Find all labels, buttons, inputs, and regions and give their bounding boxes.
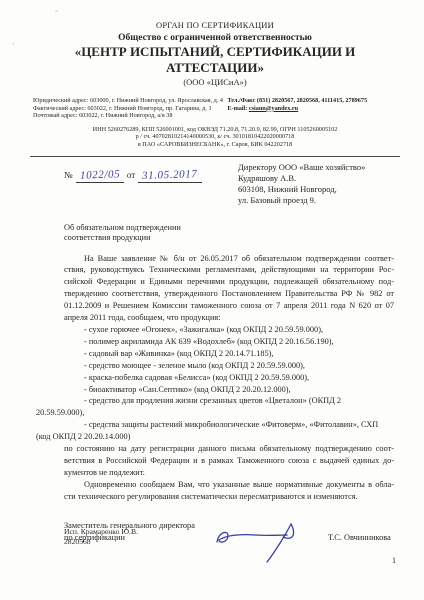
recipient-block: Директору ООО «Ваше хозяйство» Кудряшову… bbox=[238, 162, 394, 214]
bank-name-line: в ПАО «САРОВБИЗНЕСБАНК», г. Саров, БИК 0… bbox=[36, 141, 394, 149]
scan-artifact: ≡ bbox=[55, 9, 58, 15]
postal-address: Почтовый адрес: 603022, г. Нижний Новгор… bbox=[33, 112, 227, 120]
inn-kpp-line: ИНН 5260276289, КПП 526001001, код ОКВЭД… bbox=[36, 126, 394, 134]
company-short-name: (ООО «ЦИСиА») bbox=[36, 77, 394, 87]
product-item: - краска-побелка садовая «Белисса» (код … bbox=[84, 372, 394, 384]
company-name-line2: АТТЕСТАЦИИ» bbox=[36, 60, 394, 76]
header-divider bbox=[30, 156, 400, 157]
ref-date-field: 31.05.2017 bbox=[138, 169, 202, 183]
ref-number-handwritten: 1022/05 bbox=[79, 168, 120, 181]
executor-phone: 2820568 bbox=[64, 537, 138, 547]
company-name-line1: «ЦЕНТР ИСПЫТАНИЙ, СЕРТИФИКАЦИИ И bbox=[36, 44, 394, 60]
body-line: по состоянию на дату регистрации данного… bbox=[64, 443, 394, 455]
llc-line: Общество с ограниченной ответственностью bbox=[36, 33, 394, 43]
recipient-position: Директору ООО «Ваше хозяйство» bbox=[238, 162, 394, 173]
outgoing-ref-line: №1022/05от31.05.2017 bbox=[64, 169, 205, 214]
recipient-street: ул. Базовый проезд 9. bbox=[238, 195, 394, 206]
contact-block: Тел./Факс (831) 2820567, 2820568, 411141… bbox=[227, 97, 394, 120]
product-item-continuation: 20.59.59.000), bbox=[36, 407, 394, 419]
org-type-line: ОРГАН ПО СЕРТИФИКАЦИИ bbox=[36, 20, 394, 30]
body-line: 01.12.2009 и Решением Комиссии таможенно… bbox=[64, 300, 394, 312]
executor-block: Исп. Крамаренко Ю.В. 2820568 bbox=[64, 527, 138, 546]
email-line: E-mail: csiann@yandex.ru bbox=[227, 105, 394, 113]
product-item: - средства защиты растений микробиологич… bbox=[84, 419, 394, 431]
email-label: E-mail: bbox=[227, 105, 247, 112]
executor-name: Исп. Крамаренко Ю.В. bbox=[64, 527, 138, 537]
body-line: тверждению соответствия, утвержденного П… bbox=[64, 288, 394, 300]
body-line: сийской Федерации и Едиными перечнями пр… bbox=[64, 276, 394, 288]
letterhead-contacts: Юридический адрес: 603000, г. Нижний Нов… bbox=[36, 97, 394, 120]
body-line: апреля 2011 года, сообщаем, что продукци… bbox=[64, 312, 394, 324]
body-paragraph-1: На Ваше заявление № б/н от 26.05.2017 об… bbox=[64, 253, 394, 324]
signer-name: Т.С. Овчинникова bbox=[328, 532, 391, 544]
email-address: csiann@yandex.ru bbox=[249, 105, 298, 112]
product-item: - сухое горючее «Огонек», «Зажигалка» (к… bbox=[84, 324, 394, 336]
handwritten-signature-icon bbox=[209, 518, 319, 568]
body-paragraph-2: по состоянию на дату регистрации данного… bbox=[64, 443, 394, 503]
product-item: - садовый вар «Живинка» (код ОКПД 2 20.1… bbox=[84, 348, 394, 360]
address-block: Юридический адрес: 603000, г. Нижний Нов… bbox=[33, 97, 227, 120]
product-item: - средство моющее - зеленое мыло (код ОК… bbox=[84, 360, 394, 372]
ref-no-label: № bbox=[64, 170, 73, 180]
body-line: сти технического регулирования системати… bbox=[64, 491, 394, 503]
product-item: - биоактиватор «Сан.Септико» (код ОКПД 2… bbox=[84, 384, 394, 396]
page-number: 1 bbox=[392, 556, 396, 565]
subject-line1: Об обязательном подтверждении bbox=[64, 223, 394, 234]
body-line: На Ваше заявление № б/н от 26.05.2017 об… bbox=[64, 253, 394, 265]
ref-ot-label: от bbox=[127, 170, 135, 180]
ref-number-field: 1022/05 bbox=[76, 169, 124, 183]
scan-artifact: + bbox=[12, 42, 15, 48]
actual-address: Фактический адрес: 603022, г. Нижний Нов… bbox=[33, 105, 227, 113]
subject-line2: соответствия продукции bbox=[64, 233, 394, 244]
phone-fax-line: Тел./Факс (831) 2820567, 2820568, 411141… bbox=[227, 97, 394, 105]
recipient-city: 603108, Нижний Новгород, bbox=[238, 184, 394, 195]
body-line: ствия, руководствуясь Техническими регла… bbox=[64, 264, 394, 276]
company-name: «ЦЕНТР ИСПЫТАНИЙ, СЕРТИФИКАЦИИ И АТТЕСТА… bbox=[36, 44, 394, 76]
legal-address: Юридический адрес: 603000, г. Нижний Нов… bbox=[33, 97, 227, 105]
body-line: Одновременно сообщаем Вам, что указанные… bbox=[64, 479, 394, 491]
letter-body: На Ваше заявление № б/н от 26.05.2017 об… bbox=[36, 253, 394, 503]
body-line: кументов не подлежит. bbox=[64, 467, 394, 479]
product-list: - сухое горючее «Огонек», «Зажигалка» (к… bbox=[36, 324, 394, 443]
scanned-letter-page: ≡ + ОРГАН ПО СЕРТИФИКАЦИИ Общество с огр… bbox=[0, 0, 424, 600]
bank-details: ИНН 5260276289, КПП 526001001, код ОКВЭД… bbox=[36, 126, 394, 149]
ref-and-recipient-row: №1022/05от31.05.2017 Директору ООО «Ваше… bbox=[36, 162, 394, 214]
product-item-continuation: (код ОКПД 2 20.20.14.000) bbox=[36, 431, 394, 443]
product-item: - полимер акриламида АК 639 «Водохлеб» (… bbox=[84, 336, 394, 348]
recipient-name: Кудряшову А.В. bbox=[238, 173, 394, 184]
body-line: ветствия в Российской Федерации и в рамк… bbox=[64, 455, 394, 467]
ref-date-handwritten: 31.05.2017 bbox=[142, 168, 198, 182]
letterhead-header: ОРГАН ПО СЕРТИФИКАЦИИ Общество с огранич… bbox=[36, 20, 394, 87]
accounts-line: р / сч. 40702810214140000530, к/ сч. 301… bbox=[36, 133, 394, 141]
subject-block: Об обязательном подтверждении соответств… bbox=[64, 223, 394, 244]
product-item: - средство для продления жизни срезанных… bbox=[84, 395, 394, 407]
